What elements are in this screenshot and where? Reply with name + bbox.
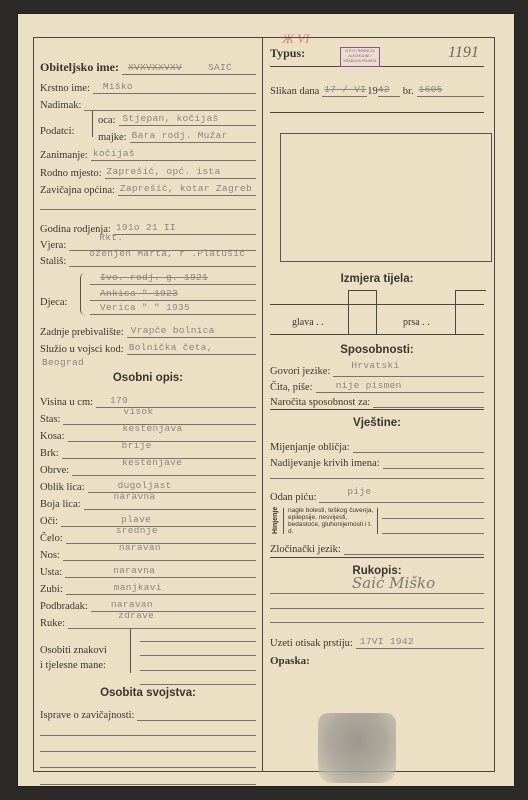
languages-row: Govori jezike: Hrvatski bbox=[270, 361, 484, 377]
home-municipality-row: Zavičajna općina: Zaprešić, kotar Zagreb bbox=[40, 180, 256, 196]
jargon-row: Zločinački jezik: bbox=[270, 539, 484, 555]
feigning-brace-right bbox=[377, 508, 378, 534]
marks-line bbox=[140, 655, 256, 656]
skills-heading: Vještine: bbox=[270, 417, 484, 429]
photo-top-line bbox=[270, 112, 484, 113]
last-residence-row: Zadnje prebivalište: Vrapče bolnica bbox=[40, 322, 256, 338]
marks-label-2: i tjelesne mane: bbox=[40, 655, 256, 671]
teeth-row: Zubi: manjkavi bbox=[40, 579, 256, 595]
nickname-row: Nadimak: bbox=[40, 95, 256, 111]
family-name-value: SAIĆ bbox=[208, 62, 232, 73]
record-number: 1191 bbox=[448, 44, 479, 62]
hands-row: Ruke: zdrave bbox=[40, 613, 256, 629]
birth-year-row: Godina rodjenja: 191o 21 II bbox=[40, 219, 256, 235]
struck-name: XVXVXXVXV bbox=[128, 62, 182, 73]
left-column: Obiteljsko ime: XVXVXXVXVSAIĆ Krstno ime… bbox=[40, 37, 256, 767]
special-ability-row: Naročita sposobnost za: bbox=[270, 392, 484, 408]
head-measure-box bbox=[348, 290, 377, 335]
literacy-row: Čita, piše: nije pismen bbox=[270, 377, 484, 393]
disguise-row: Mijenjanje obličja: bbox=[270, 437, 484, 453]
given-name-row: Krstno ime: Miško bbox=[40, 78, 256, 94]
status-row: Stališ: oženjen Marta, r .Platušić bbox=[40, 251, 256, 267]
feigning-line bbox=[382, 518, 484, 519]
head-measure-label: glava . . bbox=[292, 312, 352, 328]
children-brace bbox=[80, 273, 85, 315]
family-name-row: Obiteljsko ime: XVXVXXVXVSAIĆ bbox=[40, 59, 256, 75]
feigning-brace-left bbox=[283, 508, 284, 534]
marks-brace bbox=[130, 629, 131, 673]
blank-line bbox=[40, 751, 256, 752]
chest-measure-label: prsa . . bbox=[403, 312, 463, 328]
right-column: Typus: Slikan dana 17 / VI 19 42 br. 160… bbox=[270, 37, 484, 767]
feigning-line bbox=[382, 533, 484, 534]
personal-description-heading: Osobni opis: bbox=[40, 372, 256, 384]
marks-label-1: Osobiti znakovi bbox=[40, 640, 256, 656]
drinking-row: Odan piću: pije bbox=[270, 487, 484, 503]
separator-line bbox=[40, 209, 256, 210]
measure-line-top bbox=[270, 304, 484, 305]
occupation-row: Zanimanje: kočijaš bbox=[40, 145, 256, 161]
eyebrows-row: Obrve: kestenjave bbox=[40, 460, 256, 476]
signature: Saić Miško bbox=[352, 574, 435, 592]
fingerprint-impression bbox=[318, 713, 396, 783]
marks-line bbox=[140, 684, 256, 685]
parents-brace bbox=[92, 111, 93, 137]
skills-bottom-line bbox=[270, 557, 484, 558]
mother-row: majke: Bara rodj. Mužar bbox=[98, 127, 256, 143]
photo-area bbox=[280, 133, 492, 262]
handwriting-line bbox=[270, 608, 484, 609]
police-record-card: Ж VI Obiteljsko ime: XVXVXXVXVSAIĆ Krstn… bbox=[18, 14, 514, 786]
abilities-bottom-line bbox=[270, 409, 484, 410]
child-row: Verica " " 1935 bbox=[90, 299, 256, 315]
aliases-row: Nadijevanje krivih imena: bbox=[270, 453, 484, 469]
remark-row: Opaska: bbox=[270, 651, 484, 667]
abilities-heading: Sposobnosti: bbox=[270, 344, 484, 356]
blank-line bbox=[40, 735, 256, 736]
photographed-row: Slikan dana 17 / VI 19 42 br. 1605 bbox=[270, 81, 484, 97]
birthplace-row: Rodno mjesto: Zaprešić, opć. ista bbox=[40, 163, 256, 179]
purple-stamp: N R H / ROBNI ZA ALKOHOLNE / KRADALIS PI… bbox=[340, 47, 380, 67]
handwriting-line bbox=[270, 593, 484, 594]
blank-line bbox=[40, 767, 256, 768]
blank-line bbox=[270, 478, 484, 479]
column-divider bbox=[262, 37, 263, 772]
handwriting-line bbox=[270, 622, 484, 623]
fingerprints-row: Uzeti otisak prstiju: 17VI 1942 bbox=[270, 633, 484, 649]
measurements-heading: Izmjera tijela: bbox=[270, 273, 484, 285]
feigning-label: Hinjenje bbox=[272, 508, 279, 534]
complexion-row: Boja lica: naravna bbox=[40, 494, 256, 510]
nose-row: Nos: naravan bbox=[40, 545, 256, 561]
blank-line bbox=[40, 784, 256, 785]
documents-row: Isprave o zavičajnosti: bbox=[40, 705, 256, 721]
feigning-text: nagle bolesti, teškog čuvenja, epilepsij… bbox=[288, 507, 374, 535]
marks-line bbox=[140, 641, 256, 642]
father-row: oca: Stjepan, kočijaš bbox=[98, 110, 256, 126]
military-row-2: Beograd bbox=[40, 353, 256, 369]
mouth-row: Usta: naravna bbox=[40, 562, 256, 578]
marks-line bbox=[140, 670, 256, 671]
child-row: Ivo. rodj. g. 1921 bbox=[90, 269, 256, 285]
traits-heading: Osobita svojstva: bbox=[40, 687, 256, 699]
measure-line-bottom bbox=[270, 334, 484, 335]
